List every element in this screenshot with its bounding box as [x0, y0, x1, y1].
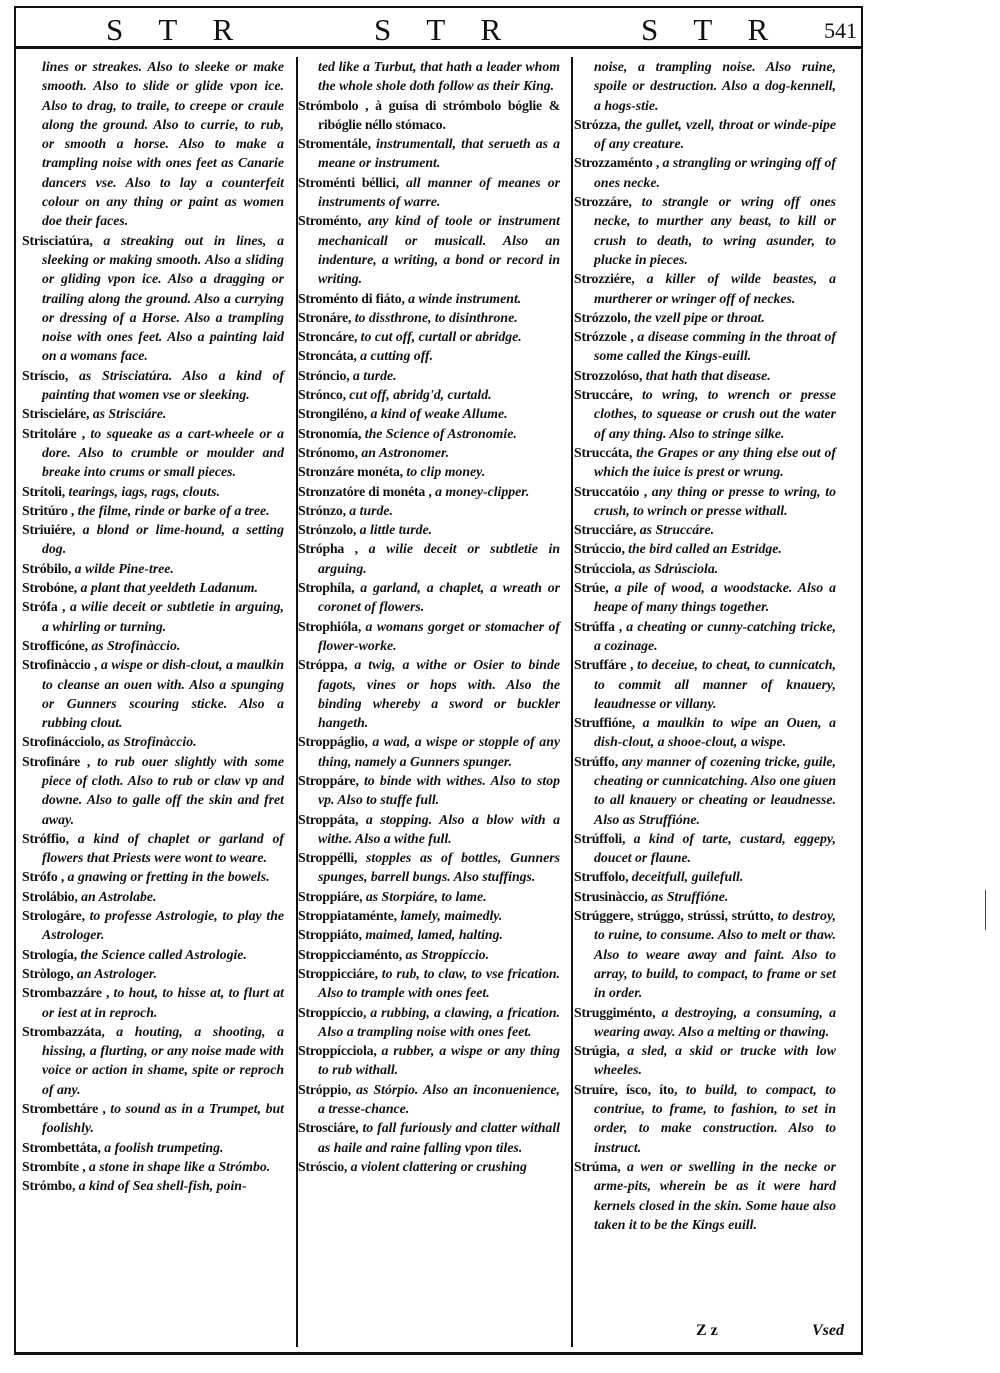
headword: Strozzaménto , — [574, 155, 659, 170]
headword: Strúffoli, — [574, 831, 625, 846]
column-divider — [571, 57, 573, 1347]
headword: Strofinácciolo, — [22, 734, 104, 749]
definition: a stone in shape like a Strómbo. — [89, 1159, 270, 1174]
entry-continuation: lines or streakes. Also to sleeke or mak… — [22, 57, 284, 231]
headword: Strópha , — [298, 541, 358, 556]
dictionary-entry: Struffióne, a maulkin to wipe an Ouen, a… — [574, 713, 836, 752]
dictionary-entry: Struffolo, deceitfull, guilefull. — [574, 867, 836, 886]
definition: the gullet, vzell, throat or winde-pipe … — [594, 117, 836, 151]
definition: a cheating or cunny-catching tricke, a c… — [594, 619, 836, 653]
headword: Strophíla, — [298, 580, 354, 595]
dictionary-entry: Strúggere, strúggo, strússi, strútto, to… — [574, 906, 836, 1002]
definition: a blond or lime-hound, a setting dog. — [42, 522, 284, 556]
definition: lines or streakes. Also to sleeke or mak… — [42, 59, 284, 228]
headword: Strofináre , — [22, 754, 90, 769]
headword: Strónomo, — [298, 445, 358, 460]
dictionary-entry: Strúgia, a sled, a skid or trucke with l… — [574, 1041, 836, 1080]
headword: Stroménto, — [298, 213, 361, 228]
headword: Stróffio, — [22, 831, 69, 846]
headword: Strónzolo, — [298, 522, 356, 537]
definition: as Strisciáre. — [93, 406, 167, 421]
definition: as Struccáre. — [640, 522, 714, 537]
headword: Stronomía, — [298, 426, 361, 441]
headword: Strúffo, — [574, 754, 618, 769]
dictionary-entry: Strologáre, to professe Astrologie, to p… — [22, 906, 284, 945]
headword: Strofinàccio , — [22, 657, 97, 672]
headword: Strofficóne, — [22, 638, 88, 653]
definition: an Astrologer. — [77, 966, 157, 981]
headword: Struccatóio , — [574, 484, 647, 499]
dictionary-entry: Strónco, cut off, abridg'd, curtald. — [298, 385, 560, 404]
dictionary-entry: Stronzatóre di monéta , a money-clipper. — [298, 482, 560, 501]
definition: the vzell pipe or throat. — [634, 310, 765, 325]
dictionary-entry: Strúffoli, a kind of tarte, custard, egg… — [574, 829, 836, 868]
dictionary-entry: Strúcciola, as Sdrúsciola. — [574, 559, 836, 578]
definition: tearings, iags, rags, clouts. — [69, 484, 220, 499]
definition: as Stórpio. Also an inconuenience, a tre… — [318, 1082, 560, 1116]
definition: the bird called an Estridge. — [628, 541, 782, 556]
headword: Strisciatúra, — [22, 233, 93, 248]
definition: a kind of chaplet or garland of flowers … — [42, 831, 284, 865]
definition: the Science of Astronomie. — [365, 426, 517, 441]
dictionary-entry: Stroncáre, to cut off, curtall or abridg… — [298, 327, 560, 346]
dictionary-entry: Strómbo, a kind of Sea shell-fish, poin- — [22, 1176, 284, 1195]
definition: cut off, abridg'd, curtald. — [349, 387, 491, 402]
headword: Struccáta, — [574, 445, 632, 460]
dictionary-entry: Strosciáre, to fall furiously and clatte… — [298, 1118, 560, 1157]
headword: Strúcciola, — [574, 561, 635, 576]
headword: Strúe, — [574, 580, 608, 595]
headword: Stroppiáto, — [298, 927, 362, 942]
headword: Strophióla, — [298, 619, 361, 634]
definition: a kind of weake Allume. — [370, 406, 507, 421]
running-header: S T R S T R S T R 541 — [16, 8, 861, 49]
dictionary-entry: Strofináre , to rub ouer slightly with s… — [22, 752, 284, 829]
definition: a gnawing or fretting in the bowels. — [68, 869, 270, 884]
dictionary-entry: Struccáta, the Grapes or any thing else … — [574, 443, 836, 482]
dictionary-entry: Strusinàccio, as Struffióne. — [574, 887, 836, 906]
column-middle: ted like a Turbut, that hath a leader wh… — [298, 57, 560, 1176]
dictionary-entry: Strúe, a pile of wood, a woodstacke. Als… — [574, 578, 836, 617]
dictionary-entry: Strópha , a wilie deceit or subtletie in… — [298, 539, 560, 578]
headword: Strozzáre, — [574, 194, 632, 209]
headword: Strónco, — [298, 387, 346, 402]
headword: Stromentále, — [298, 136, 371, 151]
dictionary-entry: Strología, the Science called Astrologie… — [22, 945, 284, 964]
definition: as Strofinàccio. — [108, 734, 197, 749]
dictionary-entry: Strombíte , a stone in shape like a Stró… — [22, 1157, 284, 1176]
dictionary-entry: Strónomo, an Astronomer. — [298, 443, 560, 462]
headword: Strítoli, — [22, 484, 65, 499]
dictionary-entry: Strongiléno, a kind of weake Allume. — [298, 404, 560, 423]
dictionary-entry: Stroppicciáre, to rub, to claw, to vse f… — [298, 964, 560, 1003]
dictionary-entry: Strophíla, a garland, a chaplet, a wreat… — [298, 578, 560, 617]
dictionary-entry: Strózza, the gullet, vzell, throat or wi… — [574, 115, 836, 154]
dictionary-entry: Stróscio, a violent clattering or crushi… — [298, 1157, 560, 1176]
headword: Stroncáre, — [298, 329, 357, 344]
dictionary-entry: Stroppáglio, a wad, a wispe or stopple o… — [298, 732, 560, 771]
headword: Striuiére, — [22, 522, 75, 537]
dictionary-entry: Strónzo, a turde. — [298, 501, 560, 520]
headword: Struíre, ísco, íto, — [574, 1082, 677, 1097]
headword: Stróppa, — [298, 657, 347, 672]
catchword: Vsed — [812, 1322, 844, 1340]
definition: as Strofinàccio. — [91, 638, 180, 653]
dictionary-entry: Stroppiáre, as Storpiáre, to lame. — [298, 887, 560, 906]
headword: Stroppicciáre, — [298, 966, 378, 981]
headword: Struggiménto, — [574, 1005, 655, 1020]
definition: a turde. — [353, 368, 397, 383]
definition: as Strisciatúra. Also a kind of painting… — [42, 368, 284, 402]
definition: a kind of Sea shell-fish, poin- — [79, 1178, 247, 1193]
headword: Strombazzáta, — [22, 1024, 105, 1039]
definition: an Astrolabe. — [81, 889, 156, 904]
dictionary-entry: Stroménto di fiáto, a winde instrument. — [298, 289, 560, 308]
dictionary-entry: Stróncio, a turde. — [298, 366, 560, 385]
headword: Stroppíccio, — [298, 1005, 366, 1020]
headword: Strózzolo, — [574, 310, 631, 325]
headword: Stròlogo, — [22, 966, 73, 981]
headword: Strolábio, — [22, 889, 78, 904]
dictionary-entry: Stróppio, as Stórpio. Also an inconuenie… — [298, 1080, 560, 1119]
headword: Strozziére, — [574, 271, 635, 286]
headword: Strombazzáre , — [22, 985, 109, 1000]
dictionary-entry: Strózzole , a disease comming in the thr… — [574, 327, 836, 366]
dictionary-entry: Stronáre, to dissthrone, to disinthrone. — [298, 308, 560, 327]
dictionary-entry: Striscieláre, as Strisciáre. — [22, 404, 284, 423]
definition: a wen or swelling in the necke or arme-p… — [594, 1159, 836, 1232]
headword: Stronáre, — [298, 310, 351, 325]
headword: Strózzole , — [574, 329, 634, 344]
dictionary-entry: Strombazzáre , to hout, to hisse at, to … — [22, 983, 284, 1022]
dictionary-entry: Stroppícciola, a rubber, a wispe or any … — [298, 1041, 560, 1080]
headword: Strologáre, — [22, 908, 85, 923]
dictionary-entry: Strofinácciolo, as Strofinàccio. — [22, 732, 284, 751]
entry-continuation: ted like a Turbut, that hath a leader wh… — [298, 57, 560, 96]
dictionary-entry: Stróffio, a kind of chaplet or garland o… — [22, 829, 284, 868]
headword: Strongiléno, — [298, 406, 367, 421]
definition: lamely, maimedly. — [400, 908, 502, 923]
definition: to clip money. — [406, 464, 485, 479]
headword: Striscieláre, — [22, 406, 89, 421]
dictionary-entry: Struffáre , to deceiue, to cheat, to cun… — [574, 655, 836, 713]
definition: a cutting off. — [360, 348, 433, 363]
dictionary-entry: Stroppélli, stopples as of bottles, Gunn… — [298, 848, 560, 887]
column-left: lines or streakes. Also to sleeke or mak… — [22, 57, 284, 1196]
definition: a sled, a skid or trucke with low wheele… — [594, 1043, 836, 1077]
headword: Strombettáre , — [22, 1101, 106, 1116]
dictionary-page: S T R S T R S T R 541 lines or streakes.… — [8, 0, 870, 1373]
dictionary-entry: Strozziére, a killer of wilde beastes, a… — [574, 269, 836, 308]
dictionary-entry: Stritoláre , to squeake as a cart-wheele… — [22, 424, 284, 482]
definition: maimed, lamed, halting. — [365, 927, 503, 942]
definition: a kind of tarte, custard, eggepy, doucet… — [594, 831, 836, 865]
dictionary-entry: Stroncáta, a cutting off. — [298, 346, 560, 365]
definition: a plant that yeeldeth Ladanum. — [81, 580, 258, 595]
dictionary-entry: Strómbolo , à guísa di strómbolo bóglie … — [298, 96, 560, 135]
dictionary-entry: Stroppiáto, maimed, lamed, halting. — [298, 925, 560, 944]
definition: a wilde Pine-tree. — [75, 561, 174, 576]
dictionary-entry: Strúffa , a cheating or cunny-catching t… — [574, 617, 836, 656]
headword: Stroménto di fiáto, — [298, 291, 405, 306]
headword: Strúma, — [574, 1159, 621, 1174]
headword: Stronzáre monéta, — [298, 464, 403, 479]
headword: Strombettáta, — [22, 1140, 101, 1155]
dictionary-entry: Struggiménto, a destroying, a consuming,… — [574, 1003, 836, 1042]
dictionary-entry: Strúccio, the bird called an Estridge. — [574, 539, 836, 558]
dictionary-entry: Strozzáre, to strangle or wring off ones… — [574, 192, 836, 269]
definition: the filme, rinde or barke of a tree. — [78, 503, 270, 518]
headword: Struccáre, — [574, 387, 633, 402]
headword: Struffióne, — [574, 715, 635, 730]
headword: Stróncio, — [298, 368, 349, 383]
dictionary-entry: Stritúro , the filme, rinde or barke of … — [22, 501, 284, 520]
running-head-right: S T R — [641, 12, 782, 48]
headword: Strología, — [22, 947, 77, 962]
definition: ted like a Turbut, that hath a leader wh… — [318, 59, 560, 93]
definition: noise, a trampling noise. Also ruine, sp… — [594, 59, 836, 113]
dictionary-entry: Strítoli, tearings, iags, rags, clouts. — [22, 482, 284, 501]
definition: a money-clipper. — [435, 484, 529, 499]
headword: Stritoláre , — [22, 426, 85, 441]
dictionary-entry: Stroppáre, to binde with withes. Also to… — [298, 771, 560, 810]
dictionary-entry: Stríscio, as Strisciatúra. Also a kind o… — [22, 366, 284, 405]
dictionary-entry: Strophióla, a womans gorget or stomacher… — [298, 617, 560, 656]
dictionary-entry: Stromentále, instrumentall, that serueth… — [298, 134, 560, 173]
margin-mark — [985, 890, 986, 930]
headword: Strucciáre, — [574, 522, 636, 537]
entry-continuation: noise, a trampling noise. Also ruine, sp… — [574, 57, 836, 115]
headword: Stroppélli, — [298, 850, 357, 865]
headword: Strófo , — [22, 869, 64, 884]
definition: as Struffióne. — [651, 889, 728, 904]
dictionary-entry: Strobóne, a plant that yeeldeth Ladanum. — [22, 578, 284, 597]
headword: Strosciáre, — [298, 1120, 359, 1135]
headword: Stroncáta, — [298, 348, 357, 363]
headword: Stritúro , — [22, 503, 74, 518]
definition: a wilie deceit or subtletie in arguing, … — [42, 599, 284, 633]
dictionary-entry: Strúffo, any manner of cozening tricke, … — [574, 752, 836, 829]
dictionary-entry: Stronomía, the Science of Astronomie. — [298, 424, 560, 443]
headword: Strómbolo , à guísa di strómbolo bóglie … — [298, 98, 560, 132]
dictionary-entry: Stroppáta, a stopping. Also a blow with … — [298, 810, 560, 849]
definition: a violent clattering or crushing — [351, 1159, 527, 1174]
headword: Strúgia, — [574, 1043, 620, 1058]
headword: Stroppícciola, — [298, 1043, 377, 1058]
definition: as Stroppíccio. — [405, 947, 489, 962]
dictionary-entry: Strofinàccio , a wispe or dish-clout, a … — [22, 655, 284, 732]
dictionary-entry: Stróppa, a twig, a withe or Osier to bin… — [298, 655, 560, 732]
dictionary-entry: Stróbilo, a wilde Pine-tree. — [22, 559, 284, 578]
dictionary-entry: Strombazzáta, a houting, a shooting, a h… — [22, 1022, 284, 1099]
dictionary-entry: Stroppicciaménto, as Stroppíccio. — [298, 945, 560, 964]
headword: Stroppiáre, — [298, 889, 362, 904]
dictionary-entry: Strófa , a wilie deceit or subtletie in … — [22, 597, 284, 636]
headword: Stríscio, — [22, 368, 68, 383]
headword: Strózza, — [574, 117, 620, 132]
definition: a streaking out in lines, a sleeking or … — [42, 233, 284, 364]
definition: a twig, a withe or Osier to binde fagots… — [318, 657, 560, 730]
definition: a winde instrument. — [408, 291, 521, 306]
definition: a pile of wood, a woodstacke. Also a hea… — [594, 580, 836, 614]
dictionary-entry: Strózzolo, the vzell pipe or throat. — [574, 308, 836, 327]
headword: Stroppáta, — [298, 812, 358, 827]
dictionary-entry: Strolábio, an Astrolabe. — [22, 887, 284, 906]
headword: Strozzolóso, — [574, 368, 642, 383]
headword: Stroménti béllici, — [298, 175, 399, 190]
signature-mark: Z z — [696, 1322, 718, 1340]
definition: to cut off, curtall or abridge. — [361, 329, 522, 344]
dictionary-entry: Stroppíccio, a rubbing, a clawing, a fri… — [298, 1003, 560, 1042]
dictionary-entry: Strófo , a gnawing or fretting in the bo… — [22, 867, 284, 886]
dictionary-entry: Strónzolo, a little turde. — [298, 520, 560, 539]
dictionary-entry: Struccatóio , any thing or presse to wri… — [574, 482, 836, 521]
headword: Stróbilo, — [22, 561, 71, 576]
headword: Stronzatóre di monéta , — [298, 484, 432, 499]
dictionary-entry: Strozzolóso, that hath that disease. — [574, 366, 836, 385]
definition: the Science called Astrologie. — [80, 947, 247, 962]
headword: Stróscio, — [298, 1159, 347, 1174]
dictionary-entry: Strofficóne, as Strofinàccio. — [22, 636, 284, 655]
dictionary-entry: Striuiére, a blond or lime-hound, a sett… — [22, 520, 284, 559]
definition: a little turde. — [360, 522, 432, 537]
running-head-left: S T R — [106, 12, 247, 48]
headword: Struffolo, — [574, 869, 628, 884]
definition: deceitfull, guilefull. — [632, 869, 744, 884]
definition: an Astronomer. — [361, 445, 449, 460]
definition: a foolish trumpeting. — [104, 1140, 223, 1155]
column-right: noise, a trampling noise. Also ruine, sp… — [574, 57, 836, 1234]
dictionary-entry: Stroménti béllici, all manner of meanes … — [298, 173, 560, 212]
definition: that hath that disease. — [646, 368, 771, 383]
headword: Strúggere, strúggo, strússi, strútto, — [574, 908, 773, 923]
dictionary-entry: Strisciatúra, a streaking out in lines, … — [22, 231, 284, 366]
definition: as Sdrúsciola. — [638, 561, 718, 576]
headword: Strúccio, — [574, 541, 625, 556]
dictionary-entry: Struíre, ísco, íto, to build, to compact… — [574, 1080, 836, 1157]
dictionary-entry: Strucciáre, as Struccáre. — [574, 520, 836, 539]
headword: Strófa , — [22, 599, 65, 614]
headword: Stroppiataménte, — [298, 908, 397, 923]
headword: Stróppio, — [298, 1082, 351, 1097]
headword: Strobóne, — [22, 580, 77, 595]
dictionary-entry: Stroppiataménte, lamely, maimedly. — [298, 906, 560, 925]
definition: as Storpiáre, to lame. — [366, 889, 487, 904]
dictionary-entry: Struccáre, to wring, to wrench or presse… — [574, 385, 836, 443]
dictionary-entry: Stronzáre monéta, to clip money. — [298, 462, 560, 481]
headword: Stroppicciaménto, — [298, 947, 402, 962]
headword: Stroppáre, — [298, 773, 359, 788]
dictionary-entry: Strombettáta, a foolish trumpeting. — [22, 1138, 284, 1157]
headword: Strombíte , — [22, 1159, 85, 1174]
dictionary-entry: Strúma, a wen or swelling in the necke o… — [574, 1157, 836, 1234]
definition: a turde. — [349, 503, 393, 518]
dictionary-entry: Strozzaménto , a strangling or wringing … — [574, 153, 836, 192]
headword: Struffáre , — [574, 657, 633, 672]
dictionary-entry: Stroménto, any kind of toole or instrume… — [298, 211, 560, 288]
running-head-center: S T R — [374, 12, 515, 48]
definition: any manner of cozening tricke, guile, ch… — [594, 754, 836, 827]
page-number: 541 — [824, 18, 857, 44]
headword: Stroppáglio, — [298, 734, 368, 749]
headword: Strusinàccio, — [574, 889, 648, 904]
headword: Strúffa , — [574, 619, 622, 634]
dictionary-entry: Strombettáre , to sound as in a Trumpet,… — [22, 1099, 284, 1138]
definition: to dissthrone, to disinthrone. — [355, 310, 518, 325]
definition: a garland, a chaplet, a wreath or corone… — [318, 580, 560, 614]
dictionary-entry: Stròlogo, an Astrologer. — [22, 964, 284, 983]
headword: Strónzo, — [298, 503, 346, 518]
headword: Strómbo, — [22, 1178, 75, 1193]
